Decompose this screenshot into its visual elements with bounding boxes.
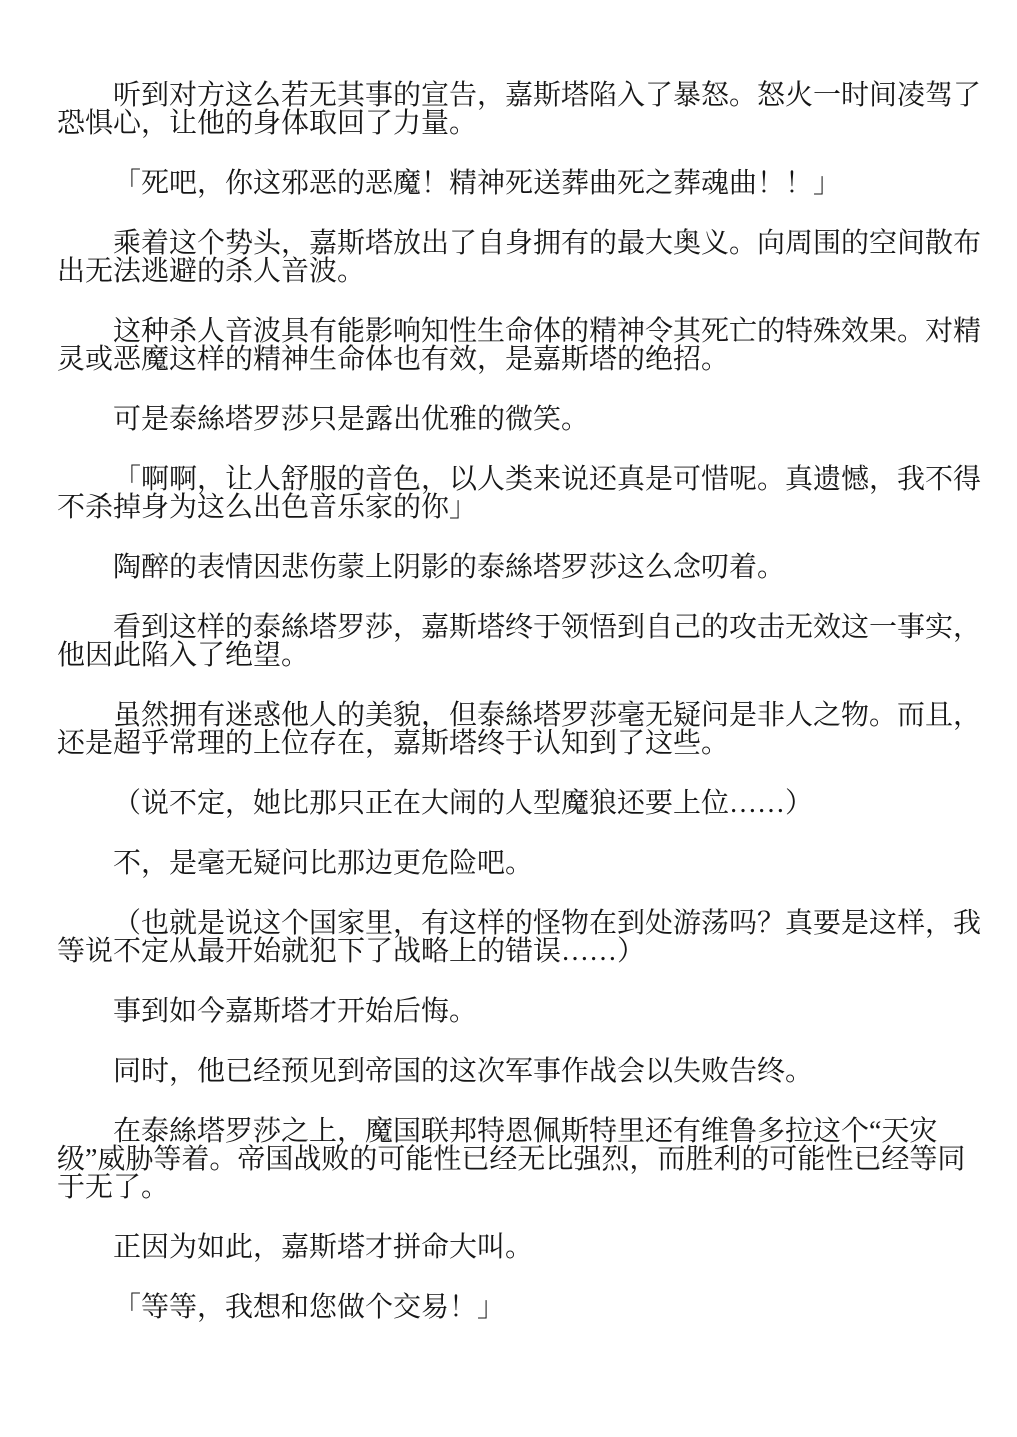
thought-paragraph: （也就是说这个国家里，有这样的怪物在到处游荡吗？真要是这样，我等说不定从最开始就…: [57, 910, 981, 966]
paragraph: 正因为如此，嘉斯塔才拼命大叫。: [57, 1234, 981, 1262]
dialogue-paragraph: 「等等，我想和您做个交易！」: [57, 1294, 981, 1322]
dialogue-paragraph: 「死吧，你这邪恶的恶魔！精神死送葬曲死之葬魂曲！！」: [57, 170, 981, 198]
paragraph: 事到如今嘉斯塔才开始后悔。: [57, 998, 981, 1026]
dialogue-paragraph: 「啊啊，让人舒服的音色，以人类来说还真是可惜呢。真遗憾，我不得不杀掉身为这么出色…: [57, 466, 981, 522]
paragraph: 听到对方这么若无其事的宣告，嘉斯塔陷入了暴怒。怒火一时间凌驾了恐惧心，让他的身体…: [57, 82, 981, 138]
paragraph: 虽然拥有迷惑他人的美貌，但泰絲塔罗莎毫无疑问是非人之物。而且，还是超乎常理的上位…: [57, 702, 981, 758]
paragraph: 同时，他已经预见到帝国的这次军事作战会以失败告终。: [57, 1058, 981, 1086]
paragraph: 陶醉的表情因悲伤蒙上阴影的泰絲塔罗莎这么念叨着。: [57, 554, 981, 582]
thought-paragraph: （说不定，她比那只正在大闹的人型魔狼还要上位……）: [57, 790, 981, 818]
paragraph: 看到这样的泰絲塔罗莎，嘉斯塔终于领悟到自己的攻击无效这一事实，他因此陷入了绝望。: [57, 614, 981, 670]
paragraph: 可是泰絲塔罗莎只是露出优雅的微笑。: [57, 406, 981, 434]
document-page: 听到对方这么若无其事的宣告，嘉斯塔陷入了暴怒。怒火一时间凌驾了恐惧心，让他的身体…: [0, 0, 1017, 1437]
paragraph: 在泰絲塔罗莎之上，魔国联邦特恩佩斯特里还有维鲁多拉这个“天灾级”威胁等着。帝国战…: [57, 1118, 981, 1202]
paragraph: 乘着这个势头，嘉斯塔放出了自身拥有的最大奥义。向周围的空间散布出无法逃避的杀人音…: [57, 230, 981, 286]
paragraph: 这种杀人音波具有能影响知性生命体的精神令其死亡的特殊效果。对精灵或恶魔这样的精神…: [57, 318, 981, 374]
paragraph: 不，是毫无疑问比那边更危险吧。: [57, 850, 981, 878]
text-body: 听到对方这么若无其事的宣告，嘉斯塔陷入了暴怒。怒火一时间凌驾了恐惧心，让他的身体…: [57, 82, 981, 1322]
